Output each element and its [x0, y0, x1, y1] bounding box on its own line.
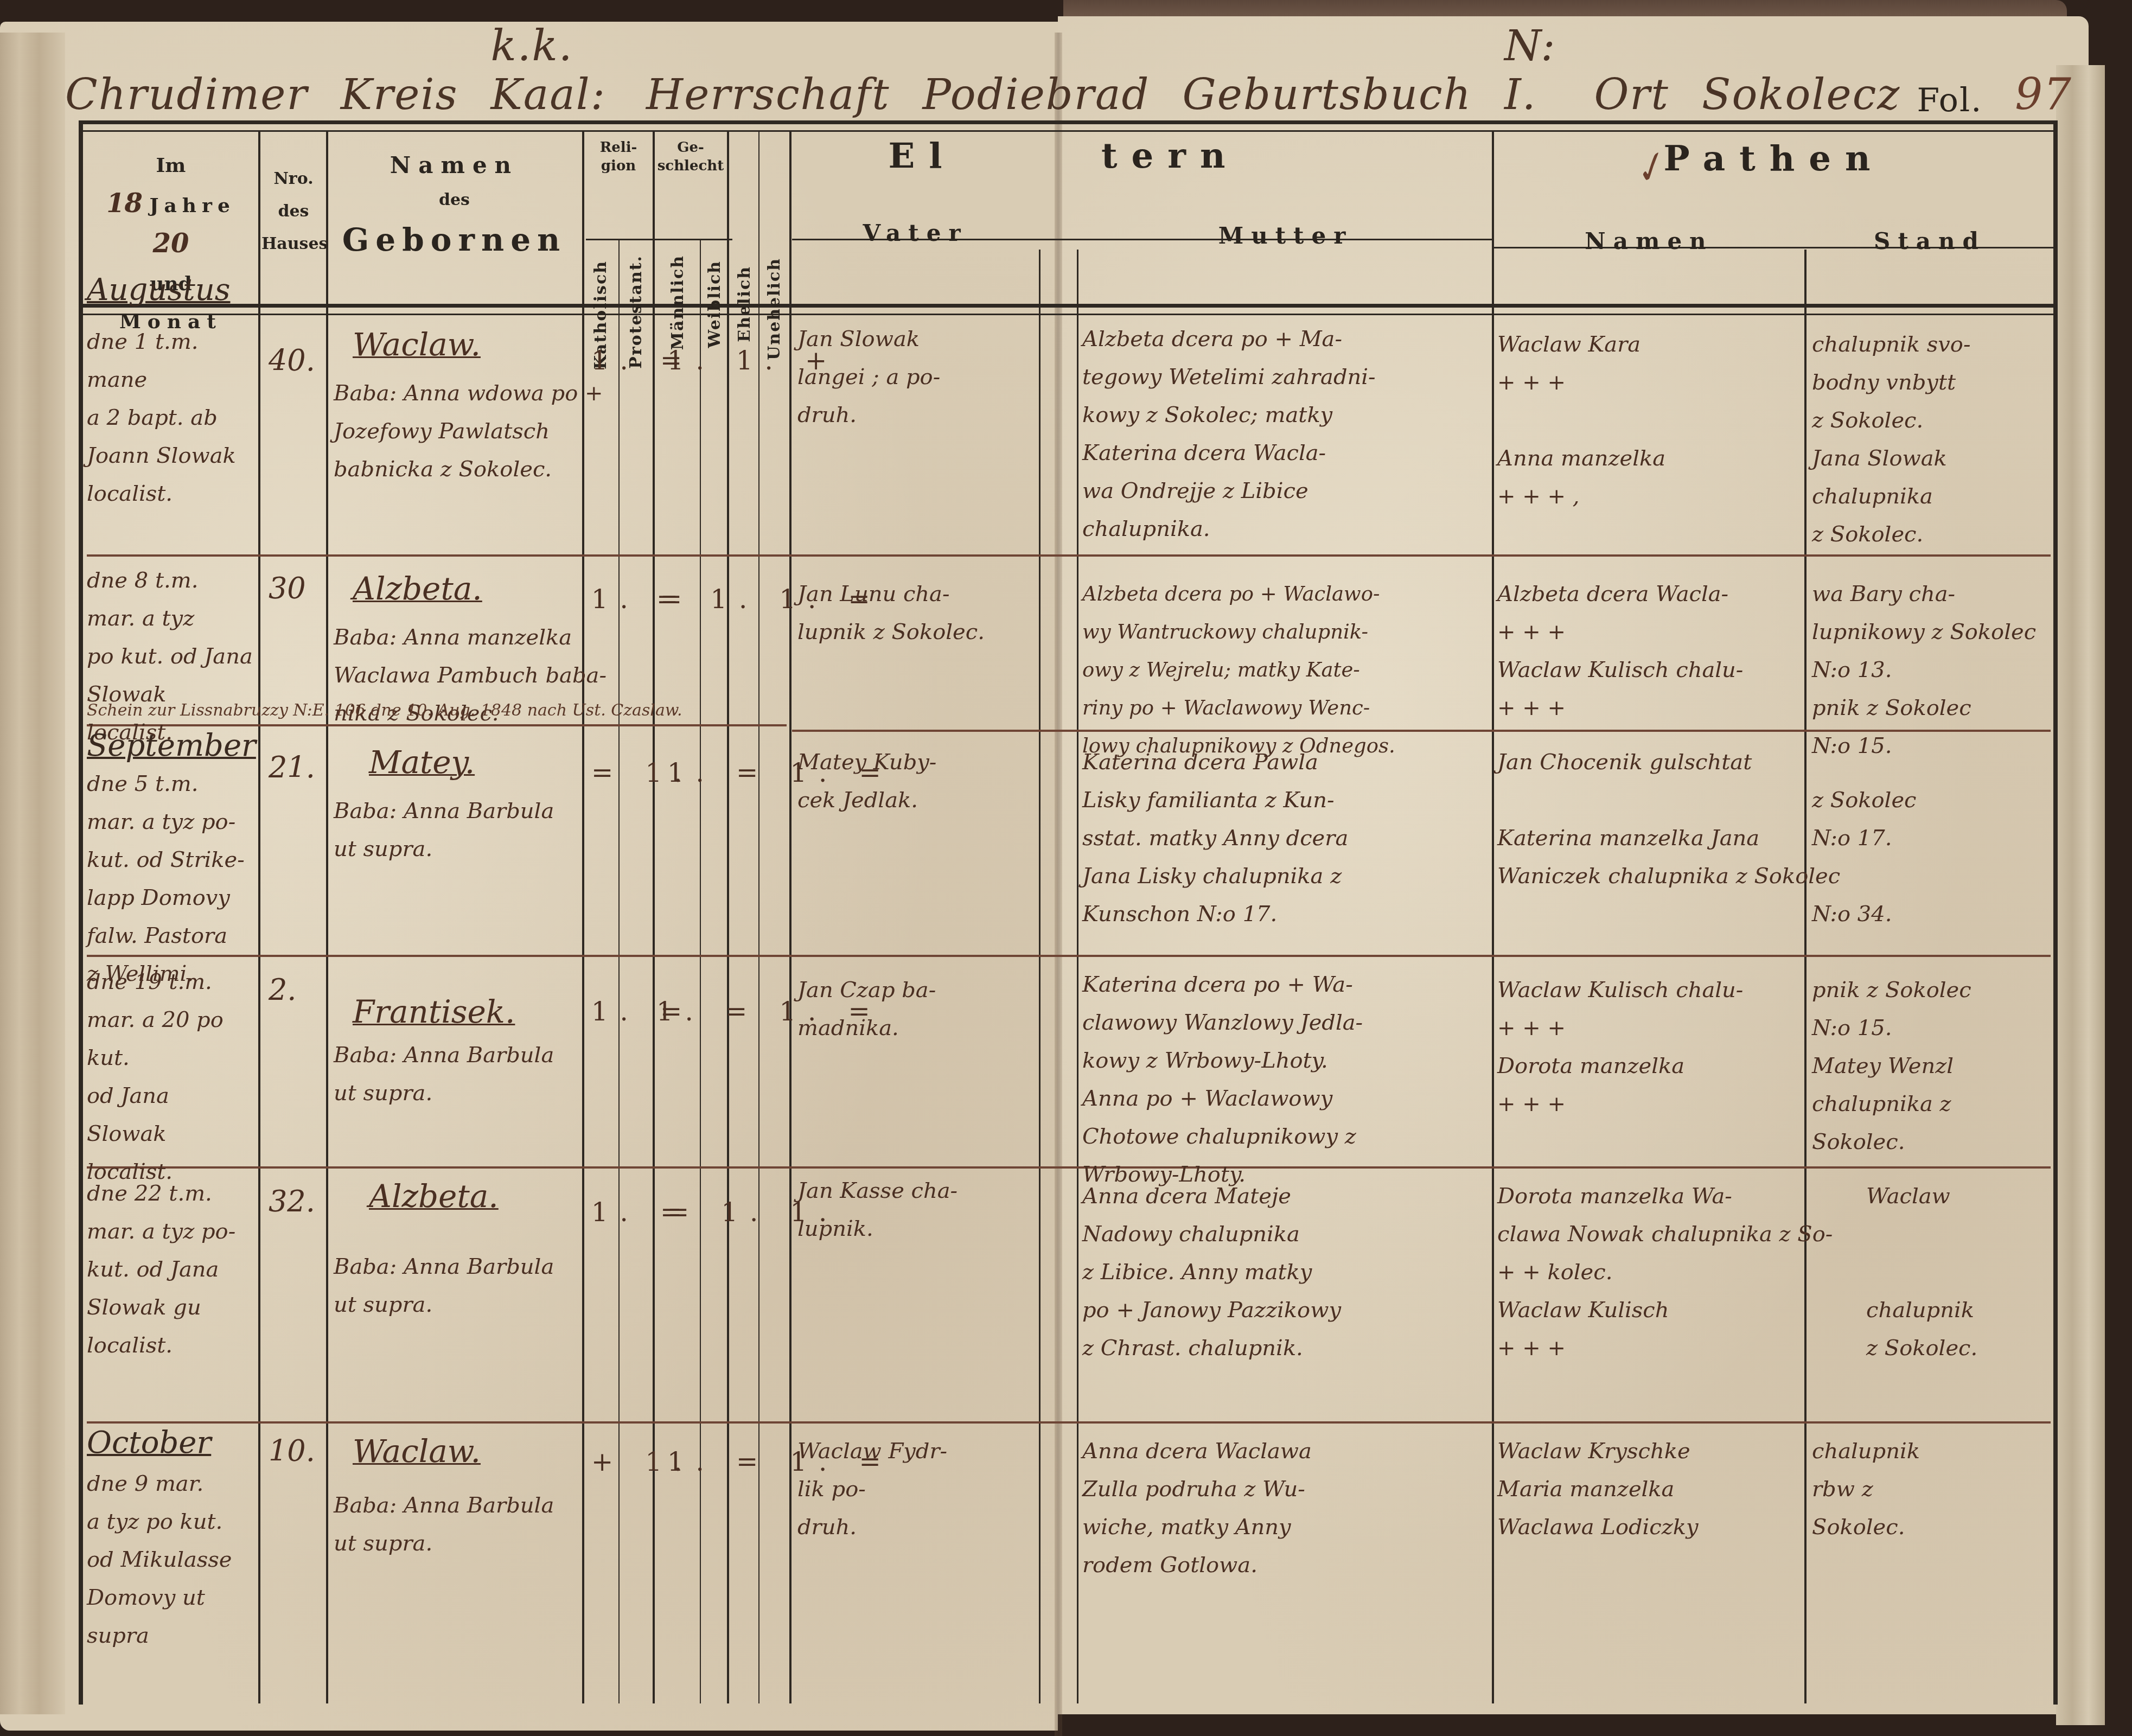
title-kreis: Kreis — [341, 71, 458, 119]
header-female: Weiblich — [705, 260, 724, 348]
entry-4-date: dne 19 t.m. mar. a 20 po kut. od Jana Sl… — [87, 963, 255, 1191]
header-jahre-line: 18 Jahre 20 — [87, 184, 255, 265]
entry-2-father: Jan Lunu cha- lupnik z Sokolec. — [797, 575, 1036, 651]
entry-2-child-name: Alzbeta. — [353, 570, 482, 608]
header-nro: Nro. — [261, 163, 325, 195]
entry-3-midwife: Baba: Anna Barbula ut supra. — [334, 792, 768, 868]
religion-header: Reli- gion — [586, 138, 651, 175]
entry-1-house-number: 40. — [269, 342, 315, 380]
month-august: Augustus — [87, 271, 230, 309]
header-jahre: Jahre — [149, 194, 235, 217]
entry-5-child-name: Alzbeta. — [369, 1177, 499, 1215]
header-bottom-border-inner — [79, 314, 2056, 315]
entry-3-child-name: Matey. — [369, 743, 475, 781]
entry-6-midwife: Baba: Anna Barbula ut supra. — [334, 1486, 768, 1562]
entry-2-date: dne 8 t.m. mar. a tyz po kut. od Jana Sl… — [87, 561, 255, 751]
entry-3-house-number: 21. — [269, 749, 315, 787]
title-kaal: k.k. Kaal: — [490, 22, 614, 119]
entry-4-mother: Katerina dcera po + Wa- clawowy Wanzlowy… — [1082, 966, 1489, 1193]
entry-6-godparent-names: Waclaw Kryschke Maria manzelka Waclawa L… — [1497, 1432, 1801, 1546]
entry-3-godparent-status: z Sokolec N:o 17. N:o 34. — [1812, 781, 2051, 933]
entry-2-mother: Alzbeta dcera po + Waclawo- wy Wantrucko… — [1082, 575, 1489, 765]
entry-5-date: dne 22 t.m. mar. a tyz po- kut. od Jana … — [87, 1175, 255, 1364]
title-ort: Ort — [1594, 71, 1669, 119]
header-bottom-border — [79, 304, 2056, 308]
header-namen: Namen — [328, 152, 580, 178]
entry-4-child-name: Frantisek. — [353, 993, 515, 1031]
header-eltern-right: tern — [1080, 136, 1264, 176]
book-gutter — [1055, 33, 1062, 1736]
header-im: Im — [87, 146, 255, 184]
entry-6-date: dne 9 mar. a tyz po kut. od Mikulasse Do… — [87, 1465, 260, 1655]
entry-6-godparent-status: chalupnik rbw z Sokolec. — [1812, 1432, 2051, 1546]
entry-1-father: Jan Slowak langei ; a po- druh. — [797, 320, 1036, 434]
col-divider-house — [326, 130, 328, 1703]
entry-5-house-number: 32. — [269, 1183, 315, 1221]
header-des-2: des — [328, 190, 580, 209]
religion-sex-subheader-rule — [586, 239, 732, 240]
header-eltern-left: El — [792, 136, 1052, 176]
header-mother: Mutter — [1080, 222, 1492, 249]
col-divider-mother-left — [1077, 250, 1078, 1703]
entry-4-house-number: 2. — [269, 971, 297, 1009]
table-top-border — [79, 120, 2056, 124]
entry-2-godparent-status: wa Bary cha- lupnikowy z Sokolec N:o 13.… — [1812, 575, 2051, 765]
date-column-header: Im 18 Jahre 20 und Monat — [87, 146, 255, 341]
title-geburtsbuch: Geburtsbuch — [1183, 71, 1472, 119]
entry-3-mother: Katerina dcera Pawla Lisky familianta z … — [1082, 743, 1489, 933]
col-divider-godparent-names — [1804, 250, 1807, 1703]
entry-3-date: dne 5 t.m. mar. a tyz po- kut. od Strike… — [87, 765, 255, 993]
entry-1-date: dne 1 t.m. mane a 2 bapt. ab Joann Slowa… — [87, 323, 255, 513]
header-gebornen: Gebornen — [328, 221, 580, 258]
entry-4-godparent-names: Waclaw Kulisch chalu- + + + Dorota manze… — [1497, 971, 1801, 1123]
left-page-edges — [0, 33, 65, 1714]
header-father: Vater — [792, 220, 1039, 246]
header-des: des — [261, 195, 325, 228]
name-column-header: Namen des Gebornen — [328, 152, 580, 258]
col-divider-father — [1039, 250, 1041, 1703]
title-district: Chrudimer — [65, 71, 308, 119]
header-hauses: Hauses — [261, 228, 325, 260]
title-book-number: N: I. — [1504, 22, 1561, 119]
row-separator-3 — [87, 1166, 2051, 1169]
folio-number: 97 — [2015, 69, 2072, 119]
entry-6-house-number: 10. — [269, 1432, 315, 1470]
year-prefix: 18 — [106, 188, 143, 219]
table-right-border — [2053, 120, 2058, 1705]
entry-1-midwife: Baba: Anna wdowa po + Jozefowy Pawlatsch… — [334, 374, 768, 488]
row-separator-2 — [87, 955, 2051, 957]
col-divider-name — [582, 130, 584, 1703]
house-column-header: Nro. des Hauses — [261, 163, 325, 260]
entry-1-godparent-names: Waclaw Kara + + + Anna manzelka + + + , — [1497, 325, 1801, 515]
entry-4-godparent-status: pnik z Sokolec N:o 15. Matey Wenzl chalu… — [1812, 971, 2051, 1161]
folio-label: Fol. — [1917, 81, 1982, 119]
title-herrschaft: Herrschaft — [646, 71, 890, 119]
entry-5-godparent-status: Waclaw chalupnik z Sokolec. — [1866, 1177, 2051, 1367]
entry-6-mother: Anna dcera Waclawa Zulla podruha z Wu- w… — [1082, 1432, 1489, 1584]
header-godparent-status: Stand — [1807, 228, 2053, 254]
col-divider-mother — [1492, 130, 1494, 1703]
header-pathen: Pathen — [1495, 138, 2053, 179]
register-title: Chrudimer Kreis k.k. Kaal: Herrschaft Po… — [65, 54, 2072, 119]
header-godparent-names: Namen — [1495, 228, 1804, 254]
entry-4-father: Jan Czap ba- madnika. — [797, 971, 1036, 1047]
entry-2-godparent-names: Alzbeta dcera Wacla- + + + Waclaw Kulisc… — [1497, 575, 1801, 727]
entry-1-mother: Alzbeta dcera po + Ma- tegowy Wetelimi z… — [1082, 320, 1489, 548]
entry-5-mother: Anna dcera Mateje Nadowy chalupnika z Li… — [1082, 1177, 1489, 1367]
entry-3-father: Matey Kuby- cek Jedlak. — [797, 743, 1036, 819]
row-separator-1 — [87, 554, 2051, 557]
row-separator-4 — [87, 1421, 2051, 1424]
header-legitimate: Ehelich — [735, 266, 754, 342]
entry-2-house-number: 30 — [269, 570, 306, 608]
header-male: Männlich — [668, 255, 687, 350]
entry-2-marginal-note: Schein zur Lissnabruzzy N:E. 106 dne 10.… — [87, 700, 792, 722]
book-scan: Chrudimer Kreis k.k. Kaal: Herrschaft Po… — [0, 0, 2132, 1736]
entry-5-midwife: Baba: Anna Barbula ut supra. — [334, 1248, 768, 1324]
entry-1-godparent-status: chalupnik svo- bodny vnbytt z Sokolec. J… — [1812, 325, 2051, 553]
table-top-border-inner — [79, 130, 2056, 132]
title-place: Sokolecz — [1702, 71, 1901, 119]
entry-1-child-name: Waclaw. — [353, 325, 481, 363]
right-page-edges — [2056, 65, 2105, 1725]
entry-6-child-name: Waclaw. — [353, 1432, 481, 1470]
title-estate: Podiebrad — [923, 71, 1150, 119]
year-suffix: 20 — [153, 228, 189, 259]
sex-header: Ge- schlecht — [655, 138, 726, 175]
table-left-border — [79, 120, 83, 1705]
month-september: September — [87, 727, 256, 765]
entry-5-father: Jan Kasse cha- lupnik. — [797, 1172, 1036, 1248]
entry-4-midwife: Baba: Anna Barbula ut supra. — [334, 1036, 768, 1112]
entry-6-father: Waclaw Fydr- lik po- druh. — [797, 1432, 1036, 1546]
month-october: October — [87, 1424, 211, 1462]
